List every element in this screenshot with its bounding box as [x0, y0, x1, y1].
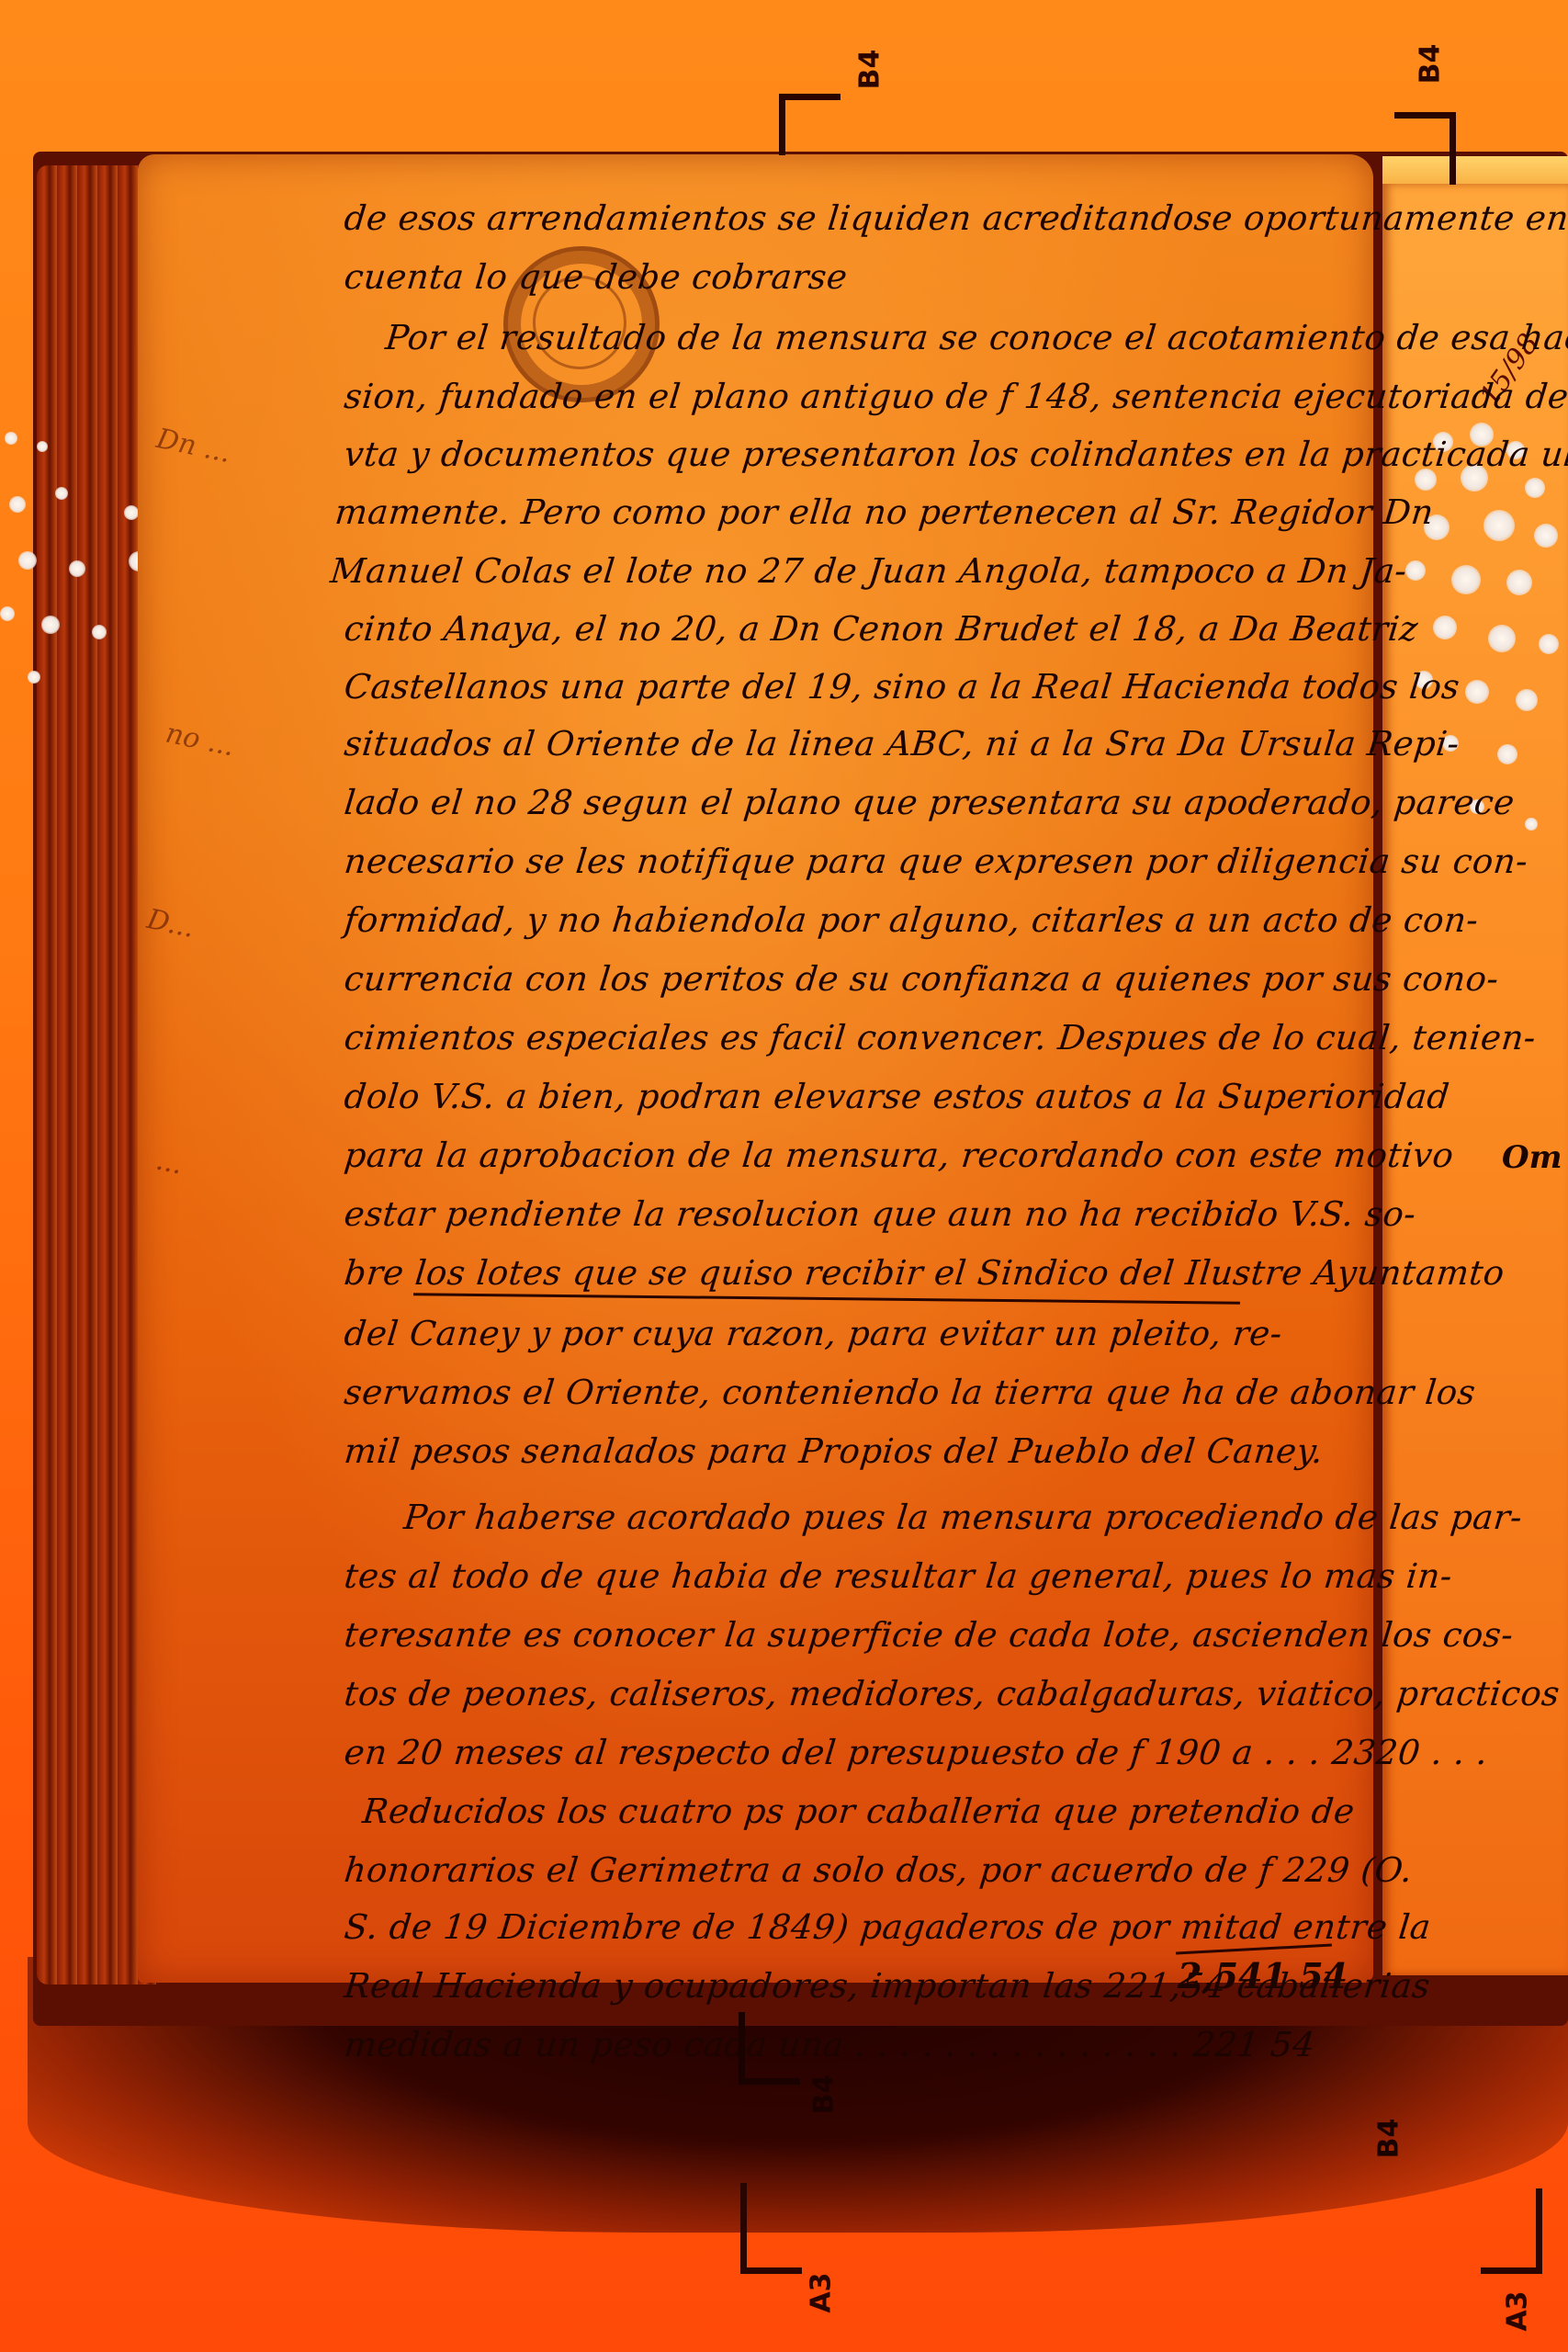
ledger-total: 2,541 54 — [1178, 1955, 1348, 1996]
right-page-text: Om — [1502, 1139, 1562, 1176]
text-line: currencia con los peritos de su confianz… — [343, 959, 1501, 999]
text-line: medidas a un peso cada una . . . . . . .… — [343, 2025, 1317, 2064]
text-line: de esos arrendamientos se liquiden acred… — [343, 198, 1568, 238]
text-line: Reducidos los cuatro ps por caballeria q… — [361, 1792, 1357, 1831]
margin-note: no ... — [163, 718, 237, 763]
text-line: tes al todo de que habia de resultar la … — [343, 1556, 1454, 1596]
crop-label-bottom-right-inner: B4 — [1372, 2119, 1404, 2159]
margin-note: ... — [153, 1144, 186, 1181]
crop-mark-bottom-left-inner — [739, 2012, 800, 2085]
crop-label-top-right: B4 — [1414, 44, 1446, 85]
text-line: honorarios el Gerimetra a solo dos, por … — [343, 1850, 1415, 1890]
manuscript-page: Dn ... no ... D... ... de esos arrendami… — [138, 154, 1373, 1983]
text-line: vta y documentos que presentaron los col… — [343, 435, 1568, 474]
text-line: cinto Anaya, el no 20, a Dn Cenon Brudet… — [343, 609, 1420, 649]
underline-rule — [413, 1293, 1240, 1304]
text-line: dolo V.S. a bien, podran elevarse estos … — [343, 1077, 1451, 1116]
text-line: mamente. Pero como por ella no pertenece… — [333, 492, 1436, 532]
text-line: del Caney y por cuya razon, para evitar … — [343, 1314, 1284, 1353]
text-line: Por haberse acordado pues la mensura pro… — [402, 1498, 1525, 1537]
crop-label-bottom-left: A3 — [806, 2272, 838, 2312]
text-line: situados al Oriente de la linea ABC, ni … — [343, 724, 1461, 763]
text-line: sion, fundado en el plano antiguo de f 1… — [343, 377, 1568, 416]
text-line: para la aprobacion de la mensura, record… — [343, 1136, 1456, 1175]
text-line: Por el resultado de la mensura se conoce… — [384, 318, 1568, 357]
text-line: Manuel Colas el lote no 27 de Juan Angol… — [329, 551, 1409, 591]
crop-mark-top-right — [1394, 112, 1456, 185]
text-line: tos de peones, caliseros, medidores, cab… — [343, 1674, 1562, 1713]
text-line: necesario se les notifique para que expr… — [343, 842, 1530, 881]
text-line: S. de 19 Diciembre de 1849) pagaderos de… — [343, 1907, 1433, 1947]
crop-mark-bottom-right — [1481, 2188, 1542, 2274]
text-line: cuenta lo que debe cobrarse — [343, 257, 850, 297]
crop-label-top-left: B4 — [853, 50, 886, 90]
text-line: cimientos especiales es facil convencer.… — [343, 1018, 1538, 1057]
margin-note: Dn ... — [153, 423, 233, 469]
text-line: lado el no 28 segun el plano que present… — [343, 783, 1517, 822]
text-line: bre los lotes que se quiso recibir el Si… — [343, 1253, 1506, 1293]
text-line: estar pendiente la resolucion que aun no… — [343, 1194, 1418, 1234]
text-line: en 20 meses al respecto del presupuesto … — [343, 1733, 1490, 1772]
margin-note: D... — [144, 903, 197, 944]
text-line: mil pesos senalados para Propios del Pue… — [343, 1431, 1325, 1471]
text-line: formidad, y no habiendola por alguno, ci… — [343, 900, 1481, 940]
crop-label-bottom-right: A3 — [1502, 2290, 1534, 2331]
crop-label-bottom-left-inner: B4 — [807, 2075, 840, 2115]
crop-mark-top-left — [779, 94, 840, 155]
crop-mark-bottom-left — [740, 2183, 802, 2274]
text-line: Castellanos una parte del 19, sino a la … — [343, 667, 1462, 707]
text-line: teresante es conocer la superficie de ca… — [343, 1615, 1516, 1655]
text-line: servamos el Oriente, conteniendo la tier… — [343, 1373, 1478, 1412]
